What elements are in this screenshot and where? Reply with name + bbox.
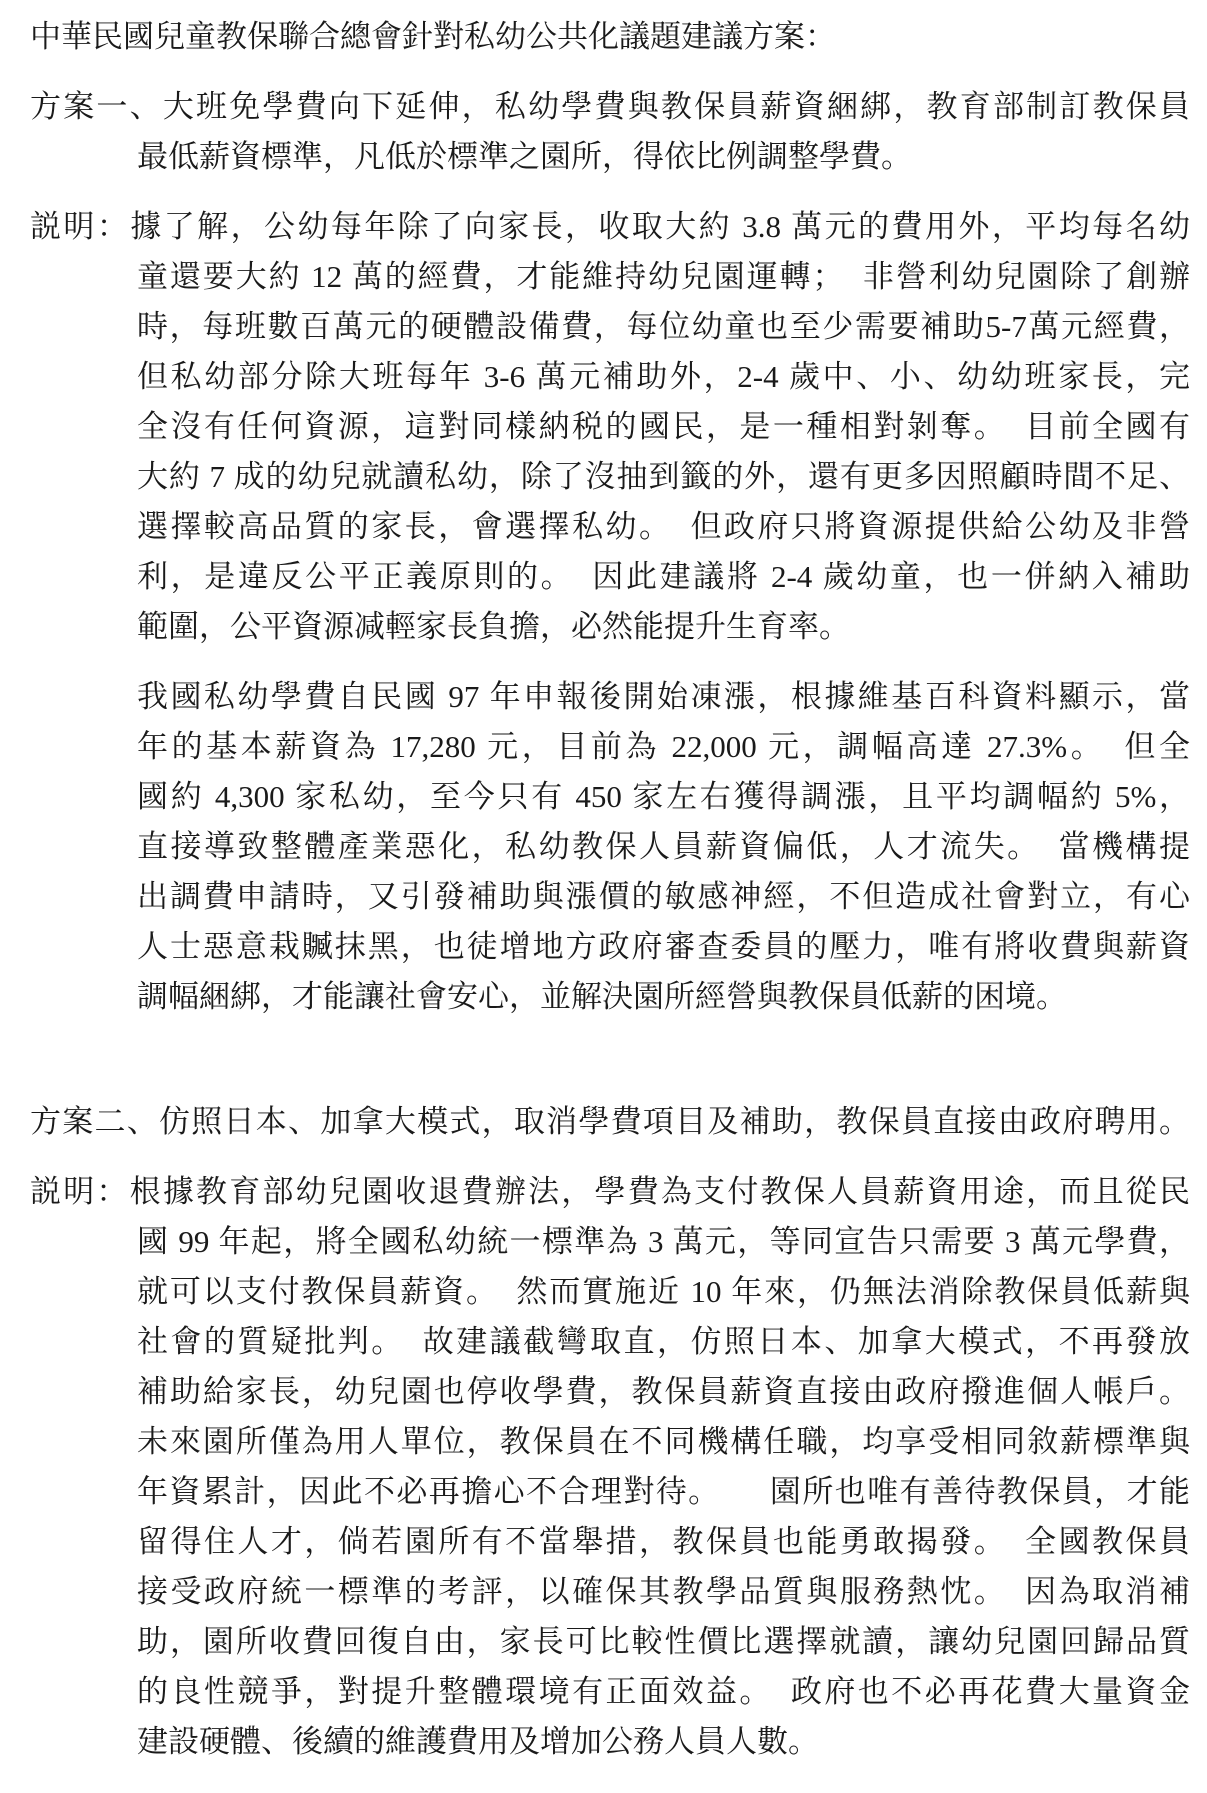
text-line: 方案二、仿照日本、加拿大模式，取消學費項目及補助，教保員直接由政府聘用。 [30,1097,1190,1147]
text-line: 補助給家長，幼兒園也停收學費，教保員薪資直接由政府撥進個人帳戶。 [30,1367,1190,1417]
text-line: 就可以支付教保員薪資。 然而實施近 10 年來，仍無法消除教保員低薪與 [30,1267,1190,1317]
text-line: 年資累計，因此不必再擔心不合理對待。 園所也唯有善待教保員，才能 [30,1467,1190,1517]
text-line: 説明：根據教育部幼兒園收退費辦法，學費為支付教保人員薪資用途，而且從民 [30,1167,1190,1217]
text-line: 接受政府統一標準的考評，以確保其教學品質與服務熱忱。 因為取消補 [30,1567,1190,1617]
text-line: 全沒有任何資源，這對同樣納税的國民，是一種相對剝奪。 目前全國有 [30,402,1190,452]
scheme-1-supplement: 我國私幼學費自民國 97 年申報後開始凍漲，根據維基百科資料顯示，當 年的基本薪… [30,672,1190,1022]
text-line: 最低薪資標準，凡低於標準之園所，得依比例調整學費。 [30,132,1190,182]
text-line: 的良性競爭，對提升整體環境有正面效益。 政府也不必再花費大量資金 [30,1667,1190,1717]
text-line: 國 99 年起，將全國私幼統一標準為 3 萬元，等同宣告只需要 3 萬元學費， [30,1217,1190,1267]
text-line: 社會的質疑批判。 故建議截彎取直，仿照日本、加拿大模式，不再發放 [30,1317,1190,1367]
scheme-1-heading: 方案一、大班免學費向下延伸，私幼學費與教保員薪資綑綁，教育部制訂教保員 最低薪資… [30,82,1190,182]
text-line: 利，是違反公平正義原則的。 因此建議將 2-4 歲幼童，也一併納入補助 [30,552,1190,602]
text-line: 未來園所僅為用人單位，教保員在不同機構任職，均享受相同敘薪標準與 [30,1417,1190,1467]
text-line: 方案一、大班免學費向下延伸，私幼學費與教保員薪資綑綁，教育部制訂教保員 [30,82,1190,132]
text-line: 留得住人才，倘若園所有不當舉措，教保員也能勇敢揭發。 全國教保員 [30,1517,1190,1567]
text-line: 選擇較高品質的家長，會選擇私幼。 但政府只將資源提供給公幼及非營 [30,502,1190,552]
document-page: 中華民國兒童教保聯合總會針對私幼公共化議題建議方案： 方案一、大班免學費向下延伸… [0,0,1207,1793]
text-line: 建設硬體、後續的維護費用及增加公務人員人數。 [30,1717,1190,1767]
scheme-1-description: 説明：據了解，公幼每年除了向家長，收取大約 3.8 萬元的費用外，平均每名幼 童… [30,202,1190,652]
text-line: 説明：據了解，公幼每年除了向家長，收取大約 3.8 萬元的費用外，平均每名幼 [30,202,1190,252]
text-line: 國約 4,300 家私幼，至今只有 450 家左右獲得調漲，且平均調幅約 5%， [30,772,1190,822]
text-line: 直接導致整體產業惡化，私幼教保人員薪資偏低，人才流失。 當機構提 [30,822,1190,872]
text-line: 出調費申請時，又引發補助與漲價的敏感神經，不但造成社會對立，有心 [30,872,1190,922]
text-line: 調幅綑綁，才能讓社會安心，並解決園所經營與教保員低薪的困境。 [30,972,1190,1022]
text-line: 時，每班數百萬元的硬體設備費，每位幼童也至少需要補助5-7萬元經費， [30,302,1190,352]
text-line: 人士惡意栽贓抹黑，也徒增地方政府審查委員的壓力，唯有將收費與薪資 [30,922,1190,972]
text-line: 範圍，公平資源减輕家長負擔，必然能提升生育率。 [30,602,1190,652]
text-line: 大約 7 成的幼兒就讀私幼，除了沒抽到籤的外，還有更多因照顧時間不足、 [30,452,1190,502]
text-line: 但私幼部分除大班每年 3-6 萬元補助外，2-4 歲中、小、幼幼班家長，完 [30,352,1190,402]
text-line: 助，園所收費回復自由，家長可比較性價比選擇就讀，讓幼兒園回歸品質 [30,1617,1190,1667]
text-line: 年的基本薪資為 17,280 元，目前為 22,000 元，調幅高達 27.3%… [30,722,1190,772]
document-title: 中華民國兒童教保聯合總會針對私幼公共化議題建議方案： [30,12,1190,62]
text-line: 我國私幼學費自民國 97 年申報後開始凍漲，根據維基百科資料顯示，當 [30,672,1190,722]
scheme-2-description: 説明：根據教育部幼兒園收退費辦法，學費為支付教保人員薪資用途，而且從民 國 99… [30,1167,1190,1767]
text-line: 童還要大約 12 萬的經費，才能維持幼兒園運轉； 非營利幼兒園除了創辦 [30,252,1190,302]
scheme-2-heading: 方案二、仿照日本、加拿大模式，取消學費項目及補助，教保員直接由政府聘用。 [30,1097,1190,1147]
